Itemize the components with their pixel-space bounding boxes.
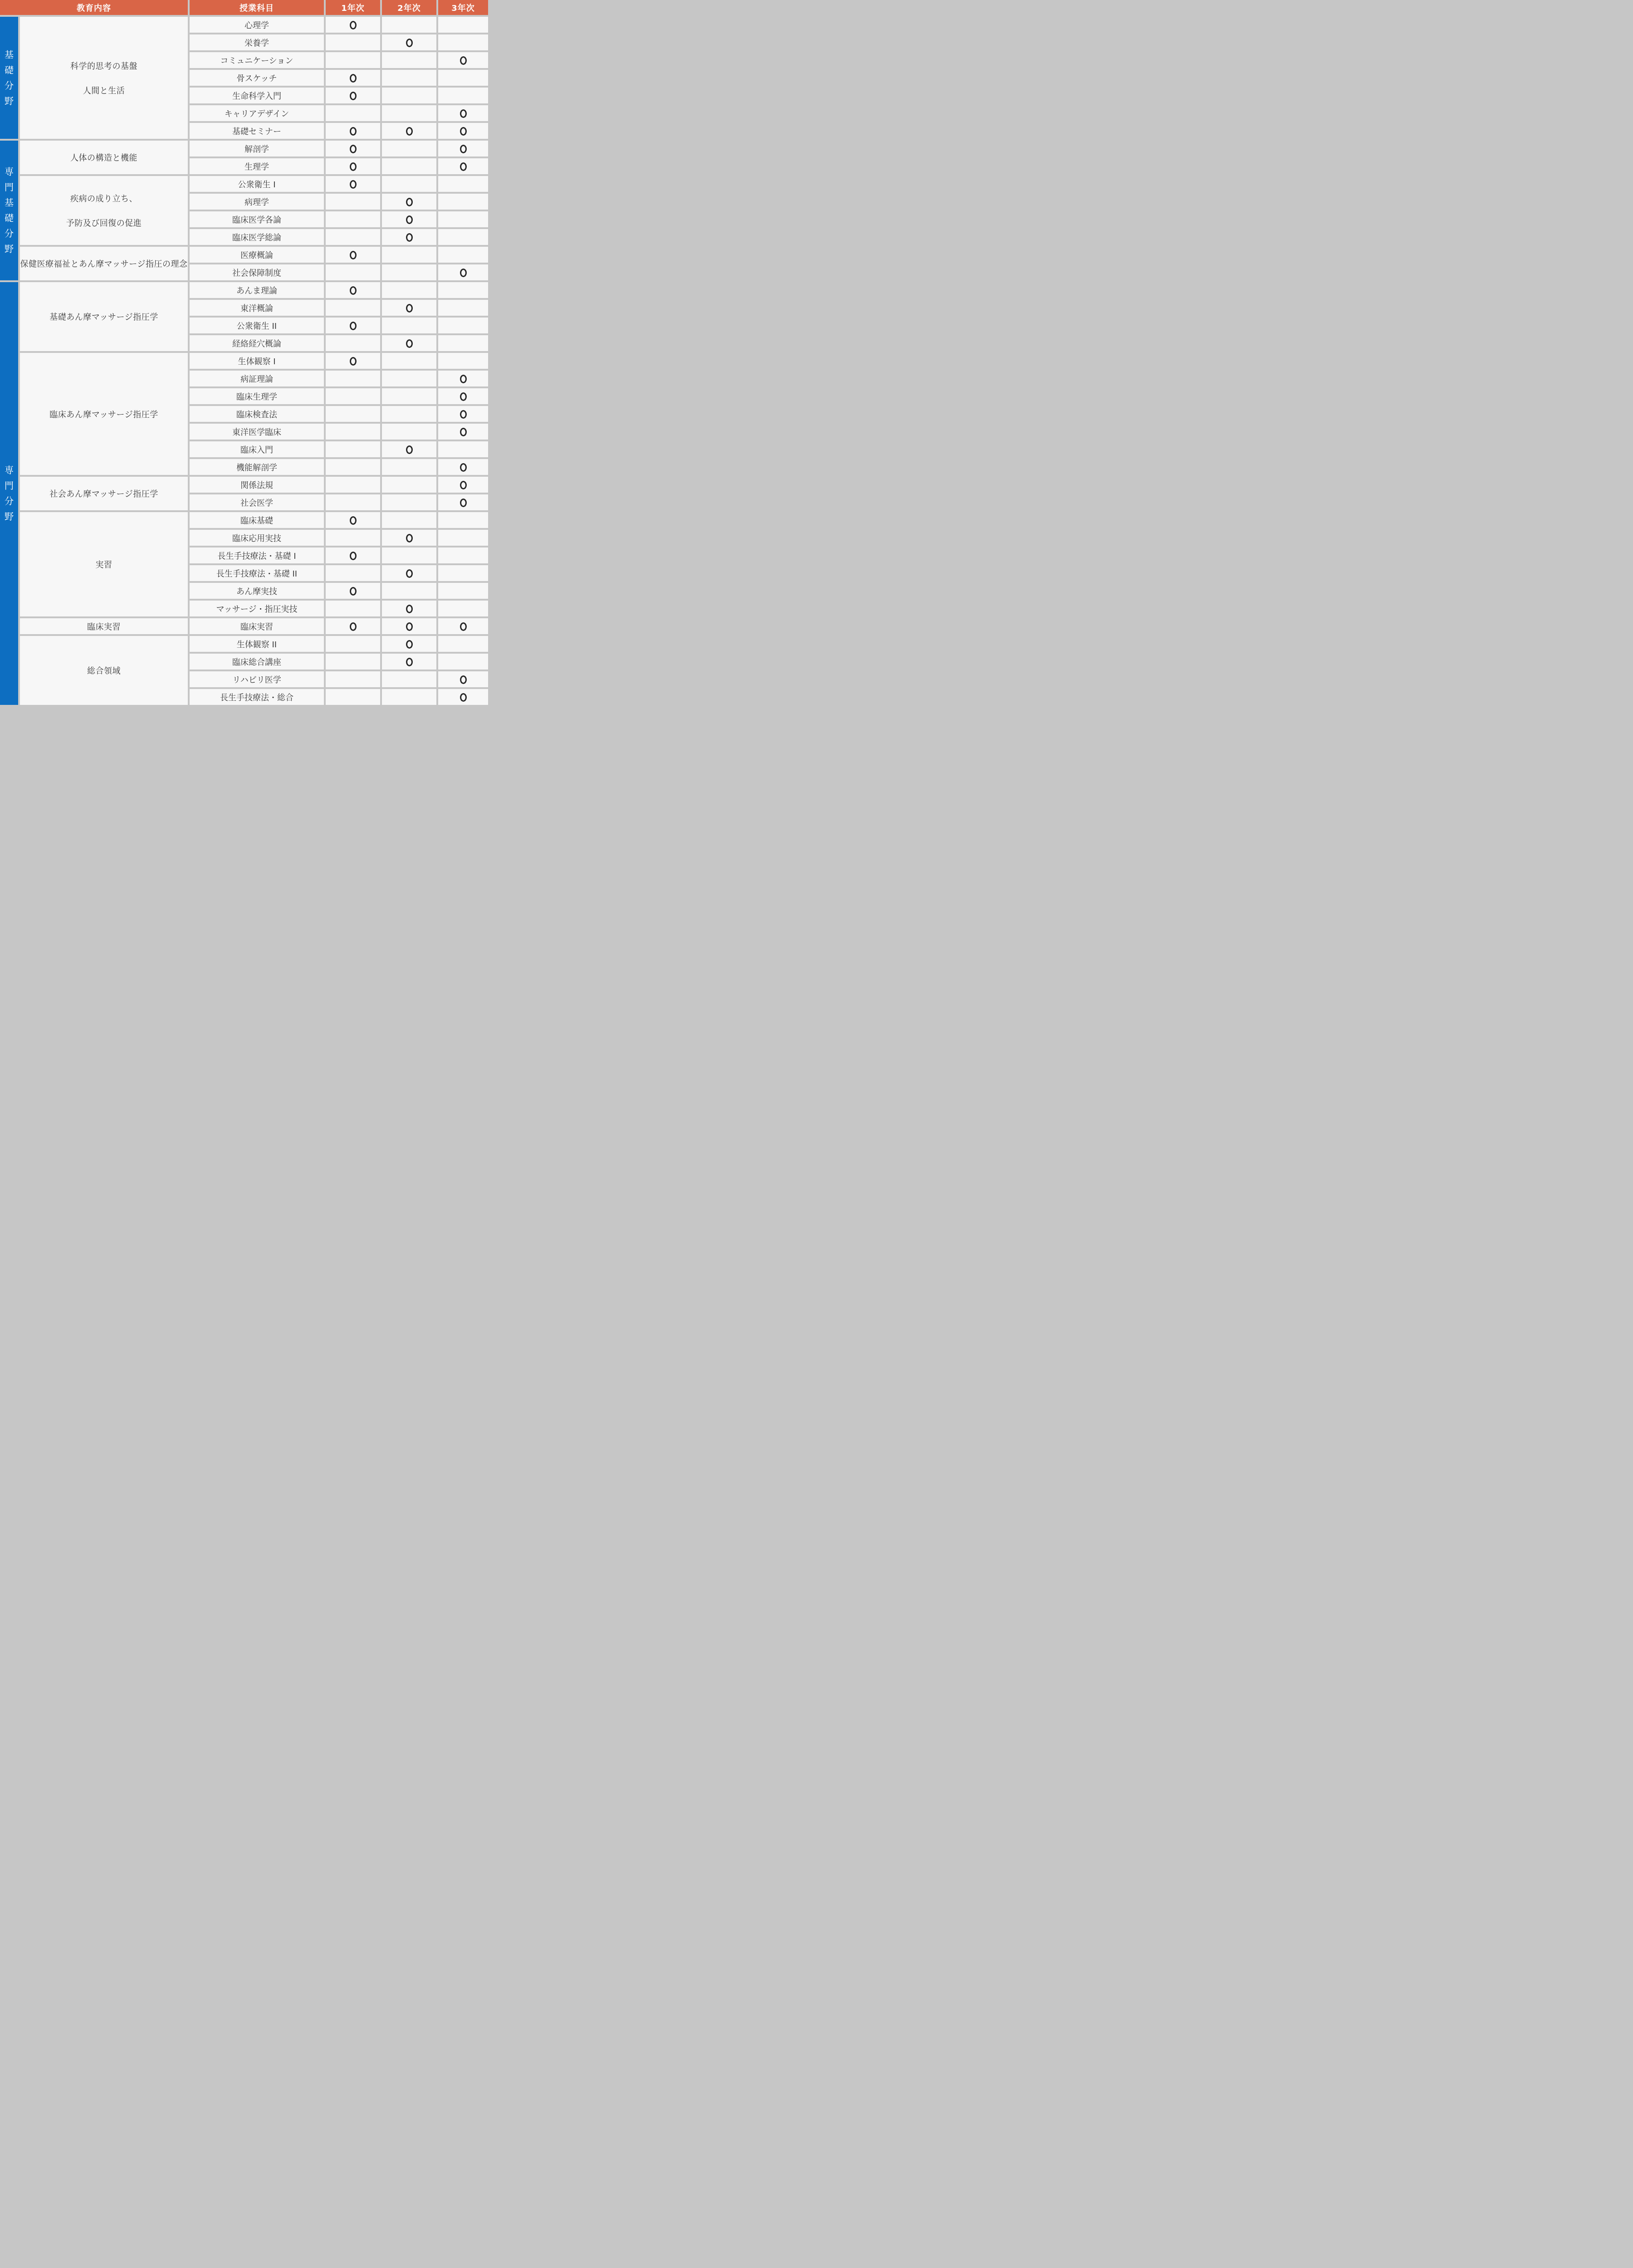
field-vertical-label: 基礎分野 [5, 50, 14, 106]
subject-cell: 臨床医学総論 [190, 229, 324, 245]
subject-cell: 骨スケッチ [190, 70, 324, 86]
year-1-cell [326, 406, 380, 422]
year-2-cell [382, 353, 436, 369]
year-2-cell [382, 211, 436, 227]
category-cell: 保健医療福祉とあん摩マッサージ指圧の理念 [20, 247, 188, 280]
year-3-cell [438, 583, 488, 599]
category-cell: 臨床あん摩マッサージ指圧学 [20, 353, 188, 475]
circle-mark [460, 693, 467, 702]
header-year-2: 2年次 [382, 0, 436, 15]
year-3-cell [438, 441, 488, 457]
year-3-cell [438, 671, 488, 687]
year-3-cell [438, 211, 488, 227]
year-3-cell [438, 194, 488, 210]
category-line: 科学的思考の基盤 [20, 60, 188, 72]
year-2-cell [382, 17, 436, 33]
circle-mark [460, 675, 467, 684]
circle-mark [460, 269, 467, 277]
field-label-char: 野 [5, 512, 14, 521]
table-row: 臨床あん摩マッサージ指圧学生体観察 I [0, 353, 488, 369]
subject-cell: マッサージ・指圧実技 [190, 601, 324, 616]
year-1-cell [326, 371, 380, 386]
year-1-cell [326, 34, 380, 50]
year-2-cell [382, 229, 436, 245]
year-1-cell [326, 141, 380, 156]
year-3-cell [438, 34, 488, 50]
year-2-cell [382, 34, 436, 50]
year-1-cell [326, 671, 380, 687]
year-1-cell [326, 601, 380, 616]
circle-mark [460, 392, 467, 401]
year-2-cell [382, 406, 436, 422]
field-label-char: 門 [5, 183, 14, 192]
field-label-char: 野 [5, 97, 14, 106]
year-2-cell [382, 512, 436, 528]
year-2-cell [382, 618, 436, 634]
subject-cell: 長生手技療法・基礎 II [190, 565, 324, 581]
header-row: 教育内容 授業科目 1年次 2年次 3年次 [0, 0, 488, 15]
circle-mark [406, 605, 413, 613]
year-3-cell [438, 371, 488, 386]
circle-mark [460, 428, 467, 436]
subject-cell: 生命科学入門 [190, 88, 324, 103]
year-2-cell [382, 601, 436, 616]
year-1-cell [326, 335, 380, 351]
year-2-cell [382, 654, 436, 670]
field-vertical-label: 専門分野 [5, 466, 14, 521]
year-3-cell [438, 636, 488, 652]
field-cell-basic-field: 基礎分野 [0, 17, 18, 139]
subject-cell: 病証理論 [190, 371, 324, 386]
year-2-cell [382, 530, 436, 546]
circle-mark [406, 127, 413, 136]
circle-mark [350, 162, 357, 171]
circle-mark [460, 109, 467, 118]
year-2-cell [382, 194, 436, 210]
table-row: 疾病の成り立ち、予防及び回復の促進公衆衛生 I [0, 176, 488, 192]
subject-cell: 解剖学 [190, 141, 324, 156]
subject-cell: 東洋概論 [190, 300, 324, 316]
year-1-cell [326, 52, 380, 68]
year-2-cell [382, 318, 436, 333]
field-cell-specialized-basic-field: 専門基礎分野 [0, 141, 18, 280]
year-3-cell [438, 300, 488, 316]
circle-mark [406, 445, 413, 454]
circle-mark [406, 658, 413, 666]
category-cell: 総合領域 [20, 636, 188, 705]
year-3-cell [438, 229, 488, 245]
field-label-char: 礎 [5, 66, 14, 75]
circle-mark [406, 339, 413, 348]
year-2-cell [382, 671, 436, 687]
year-2-cell [382, 583, 436, 599]
year-1-cell [326, 512, 380, 528]
circle-mark [350, 552, 357, 560]
subject-cell: 関係法規 [190, 477, 324, 493]
subject-cell: 東洋医学臨床 [190, 424, 324, 440]
circle-mark [406, 622, 413, 631]
year-1-cell [326, 282, 380, 298]
circle-mark [460, 375, 467, 383]
year-2-cell [382, 70, 436, 86]
year-1-cell [326, 477, 380, 493]
curriculum-page: 教育内容 授業科目 1年次 2年次 3年次 基礎分野科学的思考の基盤人間と生活心… [0, 0, 490, 709]
year-1-cell [326, 17, 380, 33]
field-label-char: 野 [5, 244, 14, 254]
subject-cell: 臨床実習 [190, 618, 324, 634]
category-cell: 科学的思考の基盤人間と生活 [20, 17, 188, 139]
year-3-cell [438, 654, 488, 670]
field-label-char: 分 [5, 229, 14, 238]
year-3-cell [438, 547, 488, 563]
year-3-cell [438, 70, 488, 86]
year-3-cell [438, 141, 488, 156]
year-2-cell [382, 176, 436, 192]
subject-cell: 栄養学 [190, 34, 324, 50]
year-3-cell [438, 512, 488, 528]
year-3-cell [438, 264, 488, 280]
subject-cell: 公衆衛生 II [190, 318, 324, 333]
year-2-cell [382, 547, 436, 563]
field-label-char: 専 [5, 466, 14, 475]
year-3-cell [438, 459, 488, 475]
circle-mark [350, 74, 357, 83]
category-line: 疾病の成り立ち、 [20, 192, 188, 204]
year-2-cell [382, 689, 436, 705]
year-2-cell [382, 388, 436, 404]
year-3-cell [438, 601, 488, 616]
subject-cell: 臨床総合講座 [190, 654, 324, 670]
circle-mark [406, 233, 413, 242]
year-3-cell [438, 176, 488, 192]
year-1-cell [326, 229, 380, 245]
year-2-cell [382, 636, 436, 652]
year-2-cell [382, 282, 436, 298]
field-label-char: 分 [5, 81, 14, 90]
subject-cell: 社会保障制度 [190, 264, 324, 280]
year-3-cell [438, 530, 488, 546]
subject-cell: 経絡経穴概論 [190, 335, 324, 351]
year-2-cell [382, 123, 436, 139]
year-1-cell [326, 88, 380, 103]
table-row: 社会あん摩マッサージ指圧学関係法規 [0, 477, 488, 493]
year-1-cell [326, 211, 380, 227]
category-line: 基礎あん摩マッサージ指圧学 [20, 311, 188, 323]
year-1-cell [326, 176, 380, 192]
circle-mark [406, 198, 413, 206]
circle-mark [460, 622, 467, 631]
circle-mark [350, 357, 357, 366]
year-1-cell [326, 264, 380, 280]
year-1-cell [326, 618, 380, 634]
table-row: 基礎分野科学的思考の基盤人間と生活心理学 [0, 17, 488, 33]
subject-cell: 臨床生理学 [190, 388, 324, 404]
year-1-cell [326, 353, 380, 369]
table-row: 専門基礎分野人体の構造と機能解剖学 [0, 141, 488, 156]
subject-cell: 医療概論 [190, 247, 324, 263]
category-line: 人間と生活 [20, 84, 188, 96]
header-education-content: 教育内容 [0, 0, 188, 15]
year-3-cell [438, 689, 488, 705]
circle-mark [460, 463, 467, 472]
year-2-cell [382, 459, 436, 475]
subject-cell: 基礎セミナー [190, 123, 324, 139]
circle-mark [406, 304, 413, 313]
year-3-cell [438, 618, 488, 634]
year-1-cell [326, 123, 380, 139]
year-2-cell [382, 300, 436, 316]
category-line: 総合領域 [20, 665, 188, 676]
field-label-char: 分 [5, 497, 14, 506]
year-1-cell [326, 547, 380, 563]
header-year-3: 3年次 [438, 0, 488, 15]
year-2-cell [382, 52, 436, 68]
year-1-cell [326, 247, 380, 263]
year-3-cell [438, 105, 488, 121]
year-3-cell [438, 477, 488, 493]
circle-mark [350, 251, 357, 259]
circle-mark [350, 92, 357, 100]
category-cell: 社会あん摩マッサージ指圧学 [20, 477, 188, 510]
year-3-cell [438, 17, 488, 33]
year-1-cell [326, 565, 380, 581]
year-1-cell [326, 300, 380, 316]
year-3-cell [438, 353, 488, 369]
circle-mark [350, 180, 357, 189]
subject-cell: 長生手技療法・総合 [190, 689, 324, 705]
circle-mark [460, 410, 467, 419]
circle-mark [406, 640, 413, 649]
year-1-cell [326, 654, 380, 670]
year-3-cell [438, 565, 488, 581]
year-1-cell [326, 105, 380, 121]
year-3-cell [438, 52, 488, 68]
subject-cell: 臨床入門 [190, 441, 324, 457]
year-2-cell [382, 565, 436, 581]
field-label-char: 基 [5, 50, 14, 59]
subject-cell: 生体観察 I [190, 353, 324, 369]
circle-mark [350, 21, 357, 29]
year-3-cell [438, 424, 488, 440]
year-3-cell [438, 494, 488, 510]
category-line: 予防及び回復の促進 [20, 217, 188, 229]
year-1-cell [326, 70, 380, 86]
circle-mark [350, 622, 357, 631]
subject-cell: 臨床応用実技 [190, 530, 324, 546]
subject-cell: 臨床基礎 [190, 512, 324, 528]
field-label-char: 門 [5, 481, 14, 490]
year-2-cell [382, 141, 436, 156]
year-3-cell [438, 247, 488, 263]
subject-cell: 公衆衛生 I [190, 176, 324, 192]
category-cell: 人体の構造と機能 [20, 141, 188, 174]
category-cell: 実習 [20, 512, 188, 616]
year-1-cell [326, 689, 380, 705]
circle-mark [350, 145, 357, 153]
circle-mark [350, 587, 357, 596]
table-row: 保健医療福祉とあん摩マッサージ指圧の理念医療概論 [0, 247, 488, 263]
subject-cell: 心理学 [190, 17, 324, 33]
subject-cell: 社会医学 [190, 494, 324, 510]
subject-cell: 臨床検査法 [190, 406, 324, 422]
year-2-cell [382, 424, 436, 440]
year-1-cell [326, 388, 380, 404]
year-1-cell [326, 158, 380, 174]
year-2-cell [382, 477, 436, 493]
category-line: 臨床あん摩マッサージ指圧学 [20, 408, 188, 420]
year-1-cell [326, 318, 380, 333]
circle-mark [350, 516, 357, 525]
year-3-cell [438, 88, 488, 103]
year-1-cell [326, 194, 380, 210]
year-2-cell [382, 264, 436, 280]
subject-cell: 生理学 [190, 158, 324, 174]
circle-mark [350, 286, 357, 295]
year-1-cell [326, 636, 380, 652]
year-2-cell [382, 371, 436, 386]
subject-cell: 機能解剖学 [190, 459, 324, 475]
year-3-cell [438, 282, 488, 298]
circle-mark [460, 481, 467, 489]
table-row: 総合領域生体観察 II [0, 636, 488, 652]
field-label-char: 基 [5, 198, 14, 207]
circle-mark [406, 215, 413, 224]
table-row: 実習臨床基礎 [0, 512, 488, 528]
curriculum-table: 教育内容 授業科目 1年次 2年次 3年次 基礎分野科学的思考の基盤人間と生活心… [0, 0, 490, 707]
circle-mark [460, 145, 467, 153]
field-label-char: 専 [5, 167, 14, 176]
field-label-char: 礎 [5, 214, 14, 223]
table-row: 臨床実習臨床実習 [0, 618, 488, 634]
circle-mark [406, 39, 413, 47]
year-3-cell [438, 158, 488, 174]
year-3-cell [438, 318, 488, 333]
circle-mark [460, 499, 467, 507]
circle-mark [406, 534, 413, 543]
year-3-cell [438, 123, 488, 139]
year-3-cell [438, 388, 488, 404]
subject-cell: キャリアデザイン [190, 105, 324, 121]
category-line: 保健医療福祉とあん摩マッサージ指圧の理念 [20, 258, 188, 269]
year-2-cell [382, 441, 436, 457]
year-2-cell [382, 335, 436, 351]
table-row: 専門分野基礎あん摩マッサージ指圧学あんま理論 [0, 282, 488, 298]
year-2-cell [382, 88, 436, 103]
year-1-cell [326, 424, 380, 440]
subject-cell: リハビリ医学 [190, 671, 324, 687]
subject-cell: あん摩実技 [190, 583, 324, 599]
circle-mark [350, 322, 357, 330]
category-cell: 臨床実習 [20, 618, 188, 634]
subject-cell: 病理学 [190, 194, 324, 210]
year-1-cell [326, 441, 380, 457]
subject-cell: 生体観察 II [190, 636, 324, 652]
header-subject: 授業科目 [190, 0, 324, 15]
field-vertical-label: 専門基礎分野 [5, 167, 14, 254]
year-2-cell [382, 247, 436, 263]
circle-mark [460, 162, 467, 171]
year-1-cell [326, 459, 380, 475]
circle-mark [460, 56, 467, 65]
year-2-cell [382, 494, 436, 510]
category-line: 実習 [20, 558, 188, 570]
field-cell-specialized-field: 専門分野 [0, 282, 18, 705]
category-line: 臨床実習 [20, 621, 188, 632]
year-3-cell [438, 406, 488, 422]
circle-mark [406, 569, 413, 578]
category-line: 社会あん摩マッサージ指圧学 [20, 488, 188, 499]
year-3-cell [438, 335, 488, 351]
year-2-cell [382, 158, 436, 174]
category-cell: 基礎あん摩マッサージ指圧学 [20, 282, 188, 351]
year-2-cell [382, 105, 436, 121]
year-1-cell [326, 494, 380, 510]
category-line: 人体の構造と機能 [20, 152, 188, 163]
subject-cell: 長生手技療法・基礎 I [190, 547, 324, 563]
subject-cell: あんま理論 [190, 282, 324, 298]
circle-mark [460, 127, 467, 136]
header-year-1: 1年次 [326, 0, 380, 15]
year-1-cell [326, 530, 380, 546]
year-1-cell [326, 583, 380, 599]
category-cell: 疾病の成り立ち、予防及び回復の促進 [20, 176, 188, 245]
subject-cell: 臨床医学各論 [190, 211, 324, 227]
subject-cell: コミュニケーション [190, 52, 324, 68]
circle-mark [350, 127, 357, 136]
